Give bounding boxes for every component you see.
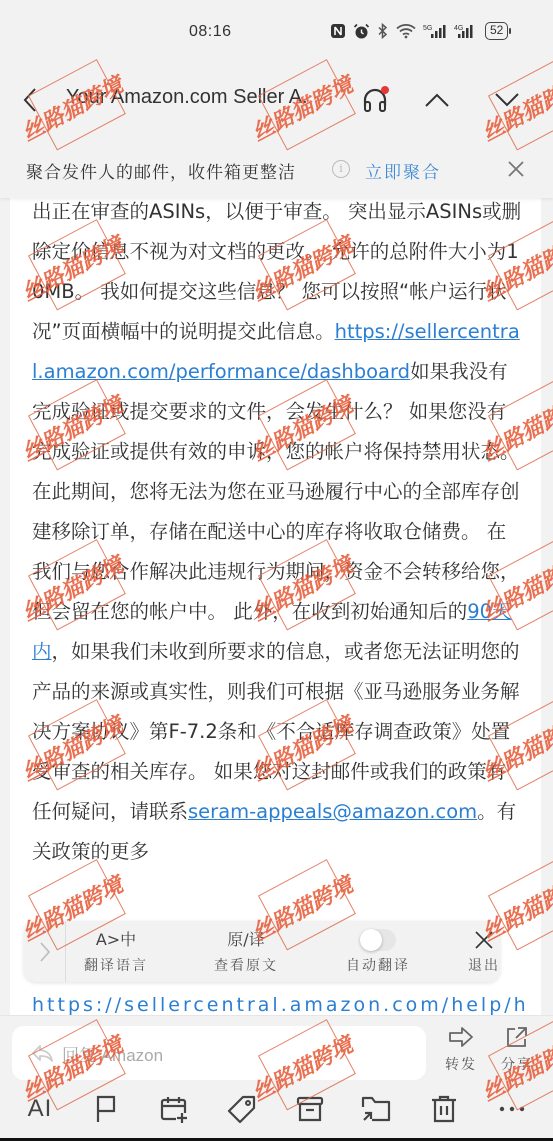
svg-text:5G: 5G (423, 25, 432, 32)
archive-icon (295, 1095, 325, 1123)
battery-level: 52 (485, 22, 508, 40)
language-label: 翻译语言 (84, 955, 148, 975)
alarm-icon (353, 22, 370, 40)
status-bar: 08:16 5G 4G 52 (0, 0, 553, 62)
wifi-icon (396, 22, 416, 40)
calendar-add-icon (159, 1094, 189, 1124)
notification-dot (381, 86, 389, 94)
original-translation-toggle: 原/译 (227, 929, 264, 951)
move-folder-icon (360, 1095, 392, 1123)
exit-translation-button[interactable]: 退出 (464, 921, 504, 982)
reply-placeholder: 回复 Amazon (62, 1041, 163, 1066)
toggle-knob (360, 929, 382, 951)
email-header: Your Amazon.com Seller A... (0, 62, 553, 138)
email-body-card: 出正在审查的ASINs，以便于审查。 突出显示ASINs或删除定价信息不视为对文… (10, 198, 541, 1018)
auto-translate-toggle[interactable]: 自动翻译 (336, 921, 420, 982)
bluetooth-icon (377, 22, 389, 40)
status-time: 08:16 (189, 23, 232, 41)
forward-arrow-icon (448, 1026, 474, 1048)
chevron-up-icon (423, 91, 451, 109)
auto-translate-switch[interactable] (360, 929, 396, 951)
archive-button[interactable] (292, 1091, 328, 1127)
body-paragraph: ，如果我们未收到所要求的信息，或者您无法证明您的产品的来源或真实性，则我们可根据… (32, 640, 520, 823)
share-label: 分享 (501, 1054, 533, 1074)
back-button[interactable] (22, 84, 46, 116)
status-icons: 5G 4G 52 (330, 22, 511, 40)
share-icon (505, 1026, 529, 1048)
close-icon (474, 929, 494, 951)
info-icon[interactable]: i (332, 160, 350, 178)
ai-icon: AI (28, 1095, 53, 1123)
more-button[interactable] (494, 1091, 530, 1127)
ai-button[interactable]: AI (22, 1091, 58, 1127)
email-subject-title: Your Amazon.com Seller A... (66, 86, 306, 109)
tag-button[interactable] (224, 1091, 260, 1127)
view-original-label: 查看原文 (214, 955, 278, 975)
translation-bar: A>中 翻译语言 原/译 查看原文 自动翻译 退出 (24, 921, 500, 982)
appeals-email-link[interactable]: seram-appeals@amazon.com (188, 800, 477, 823)
close-icon (507, 160, 525, 178)
next-email-button[interactable] (489, 82, 525, 118)
listen-button[interactable] (357, 82, 393, 118)
banner-close-button[interactable] (502, 155, 530, 183)
translate-language-button[interactable]: A>中 翻译语言 (74, 921, 158, 982)
language-pair: A>中 (96, 929, 136, 951)
flag-icon (94, 1094, 118, 1124)
flag-button[interactable] (88, 1091, 124, 1127)
bottom-toolbar: AI (0, 1083, 553, 1133)
aggregation-banner: 聚合发件人的邮件，收件箱更整洁 i 立即聚合 (0, 140, 553, 198)
partial-policy-link[interactable]: https://sellercentral.amazon.com/help/hu… (32, 994, 524, 1016)
previous-email-button[interactable] (419, 82, 455, 118)
auto-translate-label: 自动翻译 (346, 955, 410, 975)
body-paragraph: 如果我没有完成验证或提交要求的文件，会发生什么？ 如果您没有完成验证或提供有效的… (32, 360, 520, 623)
more-icon (497, 1104, 527, 1114)
move-to-folder-button[interactable] (358, 1091, 394, 1127)
5g-signal-icon: 5G (423, 22, 447, 40)
trash-icon (430, 1094, 458, 1124)
share-button[interactable]: 分享 (492, 1026, 542, 1074)
battery-tip (509, 28, 511, 34)
nfc-icon (330, 22, 346, 40)
reply-input[interactable]: 回复 Amazon (12, 1026, 426, 1080)
collapse-translation-button[interactable] (24, 921, 66, 982)
view-original-button[interactable]: 原/译 查看原文 (204, 921, 288, 982)
forward-label: 转发 (445, 1054, 477, 1074)
reply-icon (30, 1043, 54, 1063)
battery-indicator: 52 (485, 22, 511, 40)
add-to-calendar-button[interactable] (156, 1091, 192, 1127)
email-body-text: 出正在审查的ASINs，以便于审查。 突出显示ASINs或删除定价信息不视为对文… (32, 198, 524, 872)
banner-message: 聚合发件人的邮件，收件箱更整洁 (26, 158, 296, 183)
delete-button[interactable] (426, 1091, 462, 1127)
svg-text:4G: 4G (454, 25, 463, 32)
4g-signal-icon: 4G (454, 22, 478, 40)
chevron-left-icon (22, 86, 38, 114)
aggregate-now-button[interactable]: 立即聚合 (365, 158, 441, 183)
chevron-down-icon (493, 91, 521, 109)
tag-icon (227, 1094, 257, 1124)
exit-label: 退出 (468, 955, 500, 975)
forward-button[interactable]: 转发 (436, 1026, 486, 1074)
chevron-right-icon (39, 941, 51, 963)
